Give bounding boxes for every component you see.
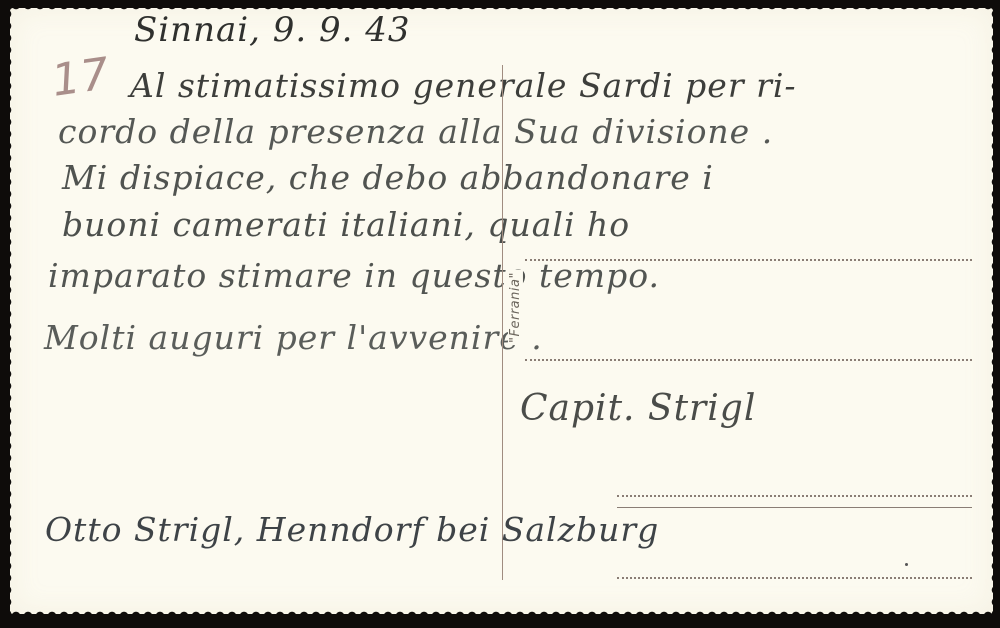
message-line-2: cordo della presenza alla Sua divisione … [58, 112, 773, 151]
address-line-lower-2 [617, 507, 972, 508]
message-line-5: imparato stimare in questo tempo. [48, 256, 660, 295]
address-line-lower-1 [617, 495, 972, 497]
date-line: Sinnai, 9. 9. 43 [134, 10, 410, 50]
signature: Capit. Strigl [520, 388, 756, 429]
pencil-annotation: 17 [49, 48, 114, 107]
message-line-3: Mi dispiace, che debo abbandonare i [62, 158, 714, 197]
sender-address: Otto Strigl, Henndorf bei Salzburg [45, 510, 659, 549]
message-line-6: Molti auguri per l'avvenire . [44, 318, 543, 357]
message-line-1: Al stimatissimo generale Sardi per ri- [130, 66, 797, 105]
printer-brand-label: "Ferrania" [508, 270, 523, 345]
address-line-upper-2 [525, 359, 972, 361]
address-line-upper-1 [525, 259, 972, 261]
address-line-lower-3 [617, 577, 972, 579]
ink-speck [905, 563, 908, 566]
message-line-4: buoni camerati italiani, quali ho [62, 205, 630, 244]
center-divider-line [502, 65, 503, 580]
